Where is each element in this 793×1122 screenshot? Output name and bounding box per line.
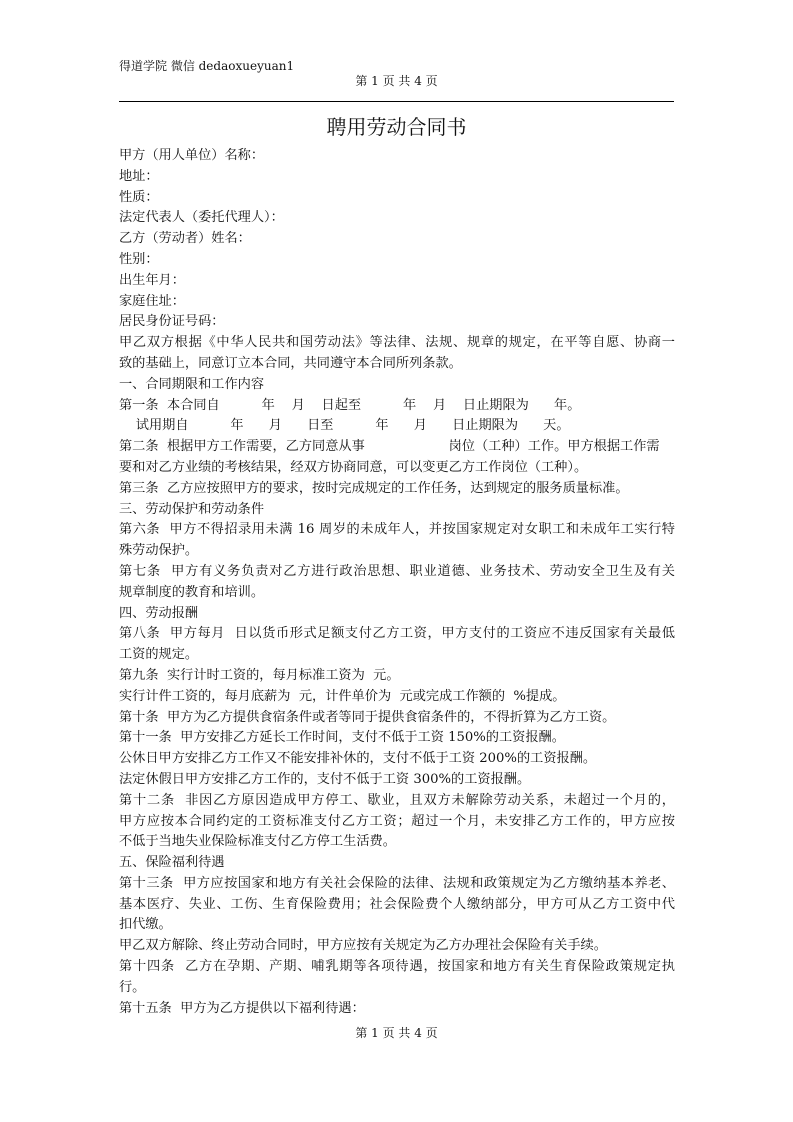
document-line: 第六条 甲方不得招录用未满 16 周岁的未成年人，并按国家规定对女职工和未成年工… bbox=[119, 520, 675, 541]
document-line: 要和对乙方业绩的考核结果，经双方协商同意，可以变更乙方工作岗位（工种）。 bbox=[119, 458, 675, 479]
footer-page-indicator: 第 1 页 共 4 页 bbox=[0, 1025, 793, 1041]
document-line: 第三条 乙方应按照甲方的要求，按时完成规定的工作任务，达到规定的服务质量标准。 bbox=[119, 479, 675, 500]
document-line: 第十三条 甲方应按国家和地方有关社会保险的法律、法规和政策规定为乙方缴纳基本养老… bbox=[119, 874, 675, 895]
document-line: 家庭住址： bbox=[119, 292, 675, 313]
document-line: 致的基础上，同意订立本合同，共同遵守本合同所列条款。 bbox=[119, 354, 675, 375]
document-line: 出生年月： bbox=[119, 271, 675, 292]
document-line: 五、保险福利待遇 bbox=[119, 853, 675, 874]
document-line: 行。 bbox=[119, 978, 675, 999]
document-line: 第十五条 甲方为乙方提供以下福利待遇： bbox=[119, 999, 675, 1020]
document-line: 第十二条 非因乙方原因造成甲方停工、歇业，且双方未解除劳动关系，未超过一个月的， bbox=[119, 791, 675, 812]
document-line: 实行计件工资的，每月底薪为 元，计件单价为 元或完成工作额的 %提成。 bbox=[119, 687, 675, 708]
header-divider bbox=[119, 101, 674, 102]
document-line: 法定代表人（委托代理人）： bbox=[119, 208, 675, 229]
document-line: 四、劳动报酬 bbox=[119, 604, 675, 625]
document-line: 第十一条 甲方安排乙方延长工作时间，支付不低于工资 150%的工资报酬。 bbox=[119, 728, 675, 749]
document-line: 第一条 本合同自 年 月 日起至 年 月 日止期限为 年。 bbox=[119, 396, 675, 417]
document-line: 甲方应按本合同约定的工资标准支付乙方工资；超过一个月，未安排乙方工作的，甲方应按 bbox=[119, 812, 675, 833]
document-line: 甲方（用人单位）名称： bbox=[119, 146, 675, 167]
document-line: 地址： bbox=[119, 167, 675, 188]
header-watermark: 得道学院 微信 dedaoxueyuan1 bbox=[119, 58, 294, 74]
document-line: 第八条 甲方每月 日以货币形式足额支付乙方工资，甲方支付的工资应不违反国家有关最… bbox=[119, 624, 675, 645]
document-line: 第七条 甲方有义务负责对乙方进行政治思想、职业道德、业务技术、劳动安全卫生及有关 bbox=[119, 562, 675, 583]
document-line: 工资的规定。 bbox=[119, 645, 675, 666]
document-line: 法定休假日甲方安排乙方工作的，支付不低于工资 300%的工资报酬。 bbox=[119, 770, 675, 791]
document-line: 甲乙双方解除、终止劳动合同时，甲方应按有关规定为乙方办理社会保险有关手续。 bbox=[119, 936, 675, 957]
document-line: 殊劳动保护。 bbox=[119, 541, 675, 562]
document-line: 三、劳动保护和劳动条件 bbox=[119, 500, 675, 521]
document-line: 第十四条 乙方在孕期、产期、哺乳期等各项待遇，按国家和地方有关生育保险政策规定执 bbox=[119, 957, 675, 978]
document-line: 扣代缴。 bbox=[119, 915, 675, 936]
document-line: 不低于当地失业保险标准支付乙方停工生活费。 bbox=[119, 832, 675, 853]
document-line: 规章制度的教育和培训。 bbox=[119, 583, 675, 604]
document-line: 试用期自 年 月 日至 年 月 日止期限为 天。 bbox=[119, 416, 675, 437]
document-line: 甲乙双方根据《中华人民共和国劳动法》等法律、法规、规章的规定，在平等自愿、协商一 bbox=[119, 333, 675, 354]
document-line: 居民身份证号码： bbox=[119, 312, 675, 333]
document-line: 乙方（劳动者）姓名： bbox=[119, 229, 675, 250]
document-line: 一、合同期限和工作内容 bbox=[119, 375, 675, 396]
document-line: 性质： bbox=[119, 188, 675, 209]
document-line: 第二条 根据甲方工作需要，乙方同意从事 岗位（工种）工作。甲方根据工作需 bbox=[119, 437, 675, 458]
document-line: 基本医疗、失业、工伤、生育保险费用；社会保险费个人缴纳部分，甲方可从乙方工资中代 bbox=[119, 895, 675, 916]
document-line: 第九条 实行计时工资的，每月标准工资为 元。 bbox=[119, 666, 675, 687]
document-line: 公休日甲方安排乙方工作又不能安排补休的，支付不低于工资 200%的工资报酬。 bbox=[119, 749, 675, 770]
document-line: 性别： bbox=[119, 250, 675, 271]
document-title: 聘用劳动合同书 bbox=[0, 114, 793, 140]
document-line: 第十条 甲方为乙方提供食宿条件或者等同于提供食宿条件的，不得折算为乙方工资。 bbox=[119, 708, 675, 729]
document-body: 甲方（用人单位）名称：地址：性质：法定代表人（委托代理人）：乙方（劳动者）姓名：… bbox=[119, 146, 675, 1019]
header-page-indicator: 第 1 页 共 4 页 bbox=[0, 73, 793, 89]
